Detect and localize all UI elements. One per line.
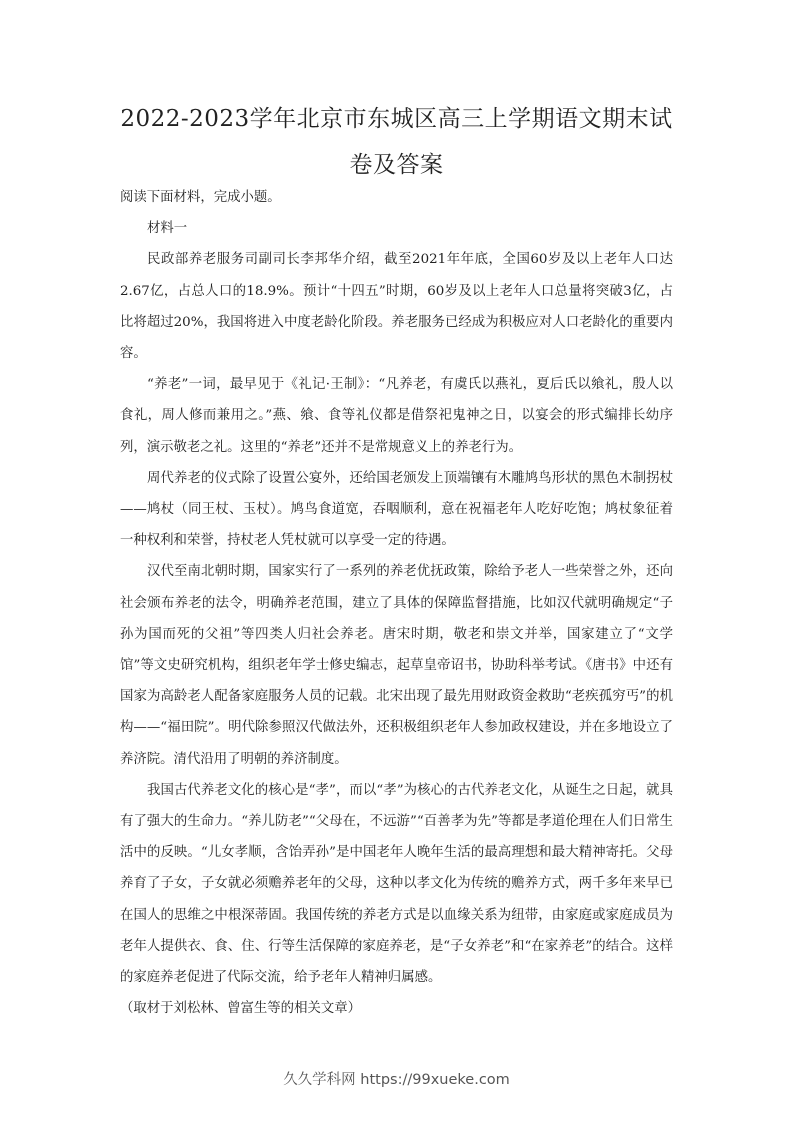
document-page: 2022-2023学年北京市东城区高三上学期语文期末试卷及答案 阅读下面材料，完… <box>0 0 793 1122</box>
document-body: 阅读下面材料，完成小题。 材料一 民政部养老服务司副司长李邦华介绍，截至2021… <box>120 182 673 1024</box>
section-label: 材料一 <box>120 213 673 244</box>
footer-watermark: 久久学科网 https://99xueke.com <box>0 1068 793 1089</box>
paragraph-2: “养老”一词，最早见于《礼记·王制》：“凡养老，有虞氏以燕礼，夏后氏以飨礼，殷人… <box>120 369 673 463</box>
document-title: 2022-2023学年北京市东城区高三上学期语文期末试卷及答案 <box>110 96 683 188</box>
paragraph-4: 汉代至南北朝时期，国家实行了一系列的养老优抚政策，除给予老人一些荣誉之外，还向社… <box>120 556 673 774</box>
paragraph-3: 周代养老的仪式除了设置公宴外，还给国老颁发上顶端镶有木雕鸠鸟形状的黑色木制拐杖—… <box>120 463 673 557</box>
paragraph-5: 我国古代养老文化的核心是“孝”，而以“孝”为核心的古代养老文化，从诞生之日起，就… <box>120 775 673 993</box>
source-note: （取材于刘松林、曾富生等的相关文章） <box>120 993 673 1024</box>
instruction-text: 阅读下面材料，完成小题。 <box>120 182 673 213</box>
paragraph-1: 民政部养老服务司副司长李邦华介绍，截至2021年年底，全国60岁及以上老年人口达… <box>120 244 673 369</box>
